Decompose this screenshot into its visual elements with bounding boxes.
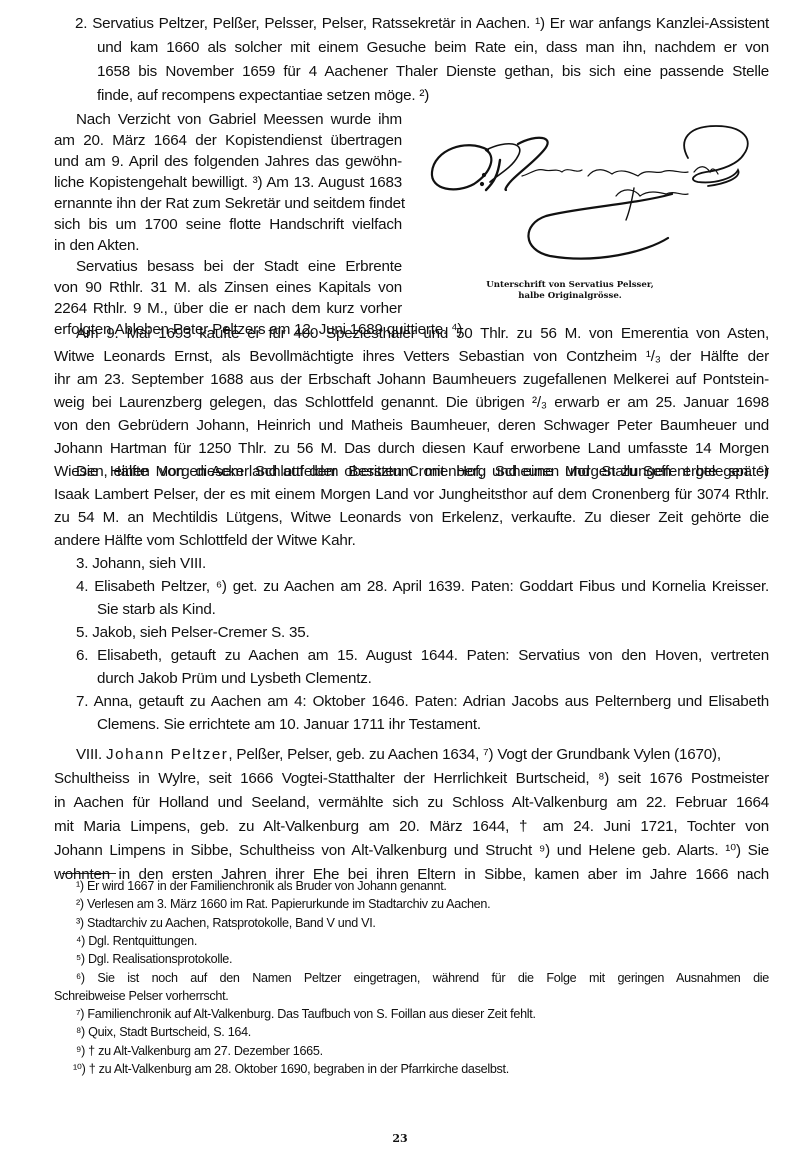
footnote: ⁸) Quix, Stadt Burtscheid, S. 164. bbox=[76, 1024, 251, 1040]
list-item: 7. Anna, getauft zu Aachen am 4: Oktober… bbox=[76, 692, 769, 711]
footnote: ³) Stadtarchiv zu Aachen, Ratsprotokolle… bbox=[76, 915, 376, 931]
text-line: 2264 Rthlr. 9 M., über die er nach dem k… bbox=[54, 299, 402, 318]
text-line: mit Maria Limpens, geb. zu Alt-Valkenbur… bbox=[54, 817, 769, 836]
text-line: Witwe Leonards Ernst, als Bevollmächtigt… bbox=[54, 347, 769, 366]
footnote: ⁵) Dgl. Realisationsprotokolle. bbox=[76, 951, 232, 967]
list-item-cont: durch Jakob Prüm und Lysbeth Clementz. bbox=[97, 669, 372, 688]
list-item: 3. Johann, sieh VIII. bbox=[76, 554, 206, 573]
text-line: Johann Limpens in Sibbe, Schultheiss von… bbox=[54, 841, 769, 860]
text-line: liche Kopistengehalt bewilligt. ³) Am 13… bbox=[54, 173, 402, 192]
text-line: in Aachen für Holland und Seeland, vermä… bbox=[54, 793, 769, 812]
text-line: Schultheiss in Wylre, seit 1666 Vogtei-S… bbox=[54, 769, 769, 788]
text-line: wohnten in den ersten Jahren ihrer Ehe b… bbox=[54, 865, 769, 884]
figure-caption: Unterschrift von Servatius Pelsser, bbox=[470, 280, 670, 291]
text-line: in den Akten. bbox=[54, 236, 139, 255]
text-line: zu 54 M. an Mechtildis Lütgens, Witwe Le… bbox=[54, 508, 769, 527]
footnote: ²) Verlesen am 3. März 1660 im Rat. Papi… bbox=[76, 896, 490, 912]
text-line: 1658 bis November 1659 für 4 Aachener Th… bbox=[97, 62, 769, 81]
list-item-cont: Sie starb als Kind. bbox=[97, 600, 216, 619]
text-line: ihr am 23. September 1688 aus der Erbsch… bbox=[54, 370, 769, 389]
text-line: und am 9. April des folgenden Jahres das… bbox=[54, 152, 402, 171]
text-line: und kam 1660 als solcher mit einem Gesuc… bbox=[97, 38, 769, 57]
text-line-rest: , Pelßer, Pelser, geb. zu Aachen 1634, ⁷… bbox=[228, 746, 720, 763]
footnote: ⁷) Familienchronik auf Alt-Valkenburg. D… bbox=[76, 1006, 536, 1022]
text-line: Johann Hartman für 1250 Thlr. zu 56 M. D… bbox=[54, 439, 769, 458]
text-line: Nach Verzicht von Gabriel Meessen wurde … bbox=[76, 110, 402, 129]
text-line: am 20. März 1664 der Kopistendienst über… bbox=[54, 131, 402, 150]
person-name: Johann Peltzer bbox=[106, 746, 228, 763]
text-line: ernannte ihn der Rat zum Sekretär und se… bbox=[54, 194, 402, 213]
text-line: Servatius besass bei der Stadt eine Erbr… bbox=[76, 257, 402, 276]
list-item: 4. Elisabeth Peltzer, ⁶) get. zu Aachen … bbox=[76, 577, 769, 596]
list-item: 5. Jakob, sieh Pelser-Cremer S. 35. bbox=[76, 623, 310, 642]
footnote: ⁶) Sie ist noch auf den Namen Peltzer ei… bbox=[76, 970, 769, 986]
footnote-cont: Schreibweise Pelser vorherrscht. bbox=[54, 988, 228, 1004]
text-line: VIII. Johann Peltzer, Pelßer, Pelser, ge… bbox=[76, 745, 769, 764]
text-line: Isaak Lambert Pelser, der es mit einem M… bbox=[54, 485, 769, 504]
footnote: ⁴) Dgl. Rentquittungen. bbox=[76, 933, 197, 949]
text-line: sich bis um 1700 seine flotte Handschrif… bbox=[54, 215, 402, 234]
text-line: andere Hälfte vom Schlottfeld der Witwe … bbox=[54, 531, 356, 550]
text-line: Die Hälfte von diesem Schlottfelder Besi… bbox=[76, 462, 769, 481]
section-numeral: VIII. bbox=[76, 746, 102, 763]
page-number: 23 bbox=[385, 1132, 415, 1145]
list-item: 6. Elisabeth, getauft zu Aachen am 15. A… bbox=[76, 646, 769, 665]
figure-caption: halbe Originalgrösse. bbox=[470, 291, 670, 302]
list-item-cont: Clemens. Sie errichtete am 10. Januar 17… bbox=[97, 715, 481, 734]
document-page: 2. Servatius Peltzer, Pelßer, Pelsser, P… bbox=[0, 0, 800, 1163]
text-line: Am 9. Mai 1693 kaufte er für 400 Spezies… bbox=[76, 324, 769, 343]
text-line: von den Gebrüdern Johann, Heinrich und M… bbox=[54, 416, 769, 435]
footnote: ¹⁰) † zu Alt-Valkenburg am 28. Oktober 1… bbox=[73, 1061, 509, 1077]
text-line: von 90 Rthlr. 31 M. als Zinsen eines Kap… bbox=[54, 278, 402, 297]
text-line: 2. Servatius Peltzer, Pelßer, Pelsser, P… bbox=[75, 14, 769, 33]
signature-image bbox=[426, 120, 756, 270]
text-line: finde, auf recompens expectantiae setzen… bbox=[97, 86, 429, 105]
text-line: weig bei Laurenzberg gelegen, das Schlot… bbox=[54, 393, 769, 412]
footnote: ⁹) † zu Alt-Valkenburg am 27. Dezember 1… bbox=[76, 1043, 323, 1059]
